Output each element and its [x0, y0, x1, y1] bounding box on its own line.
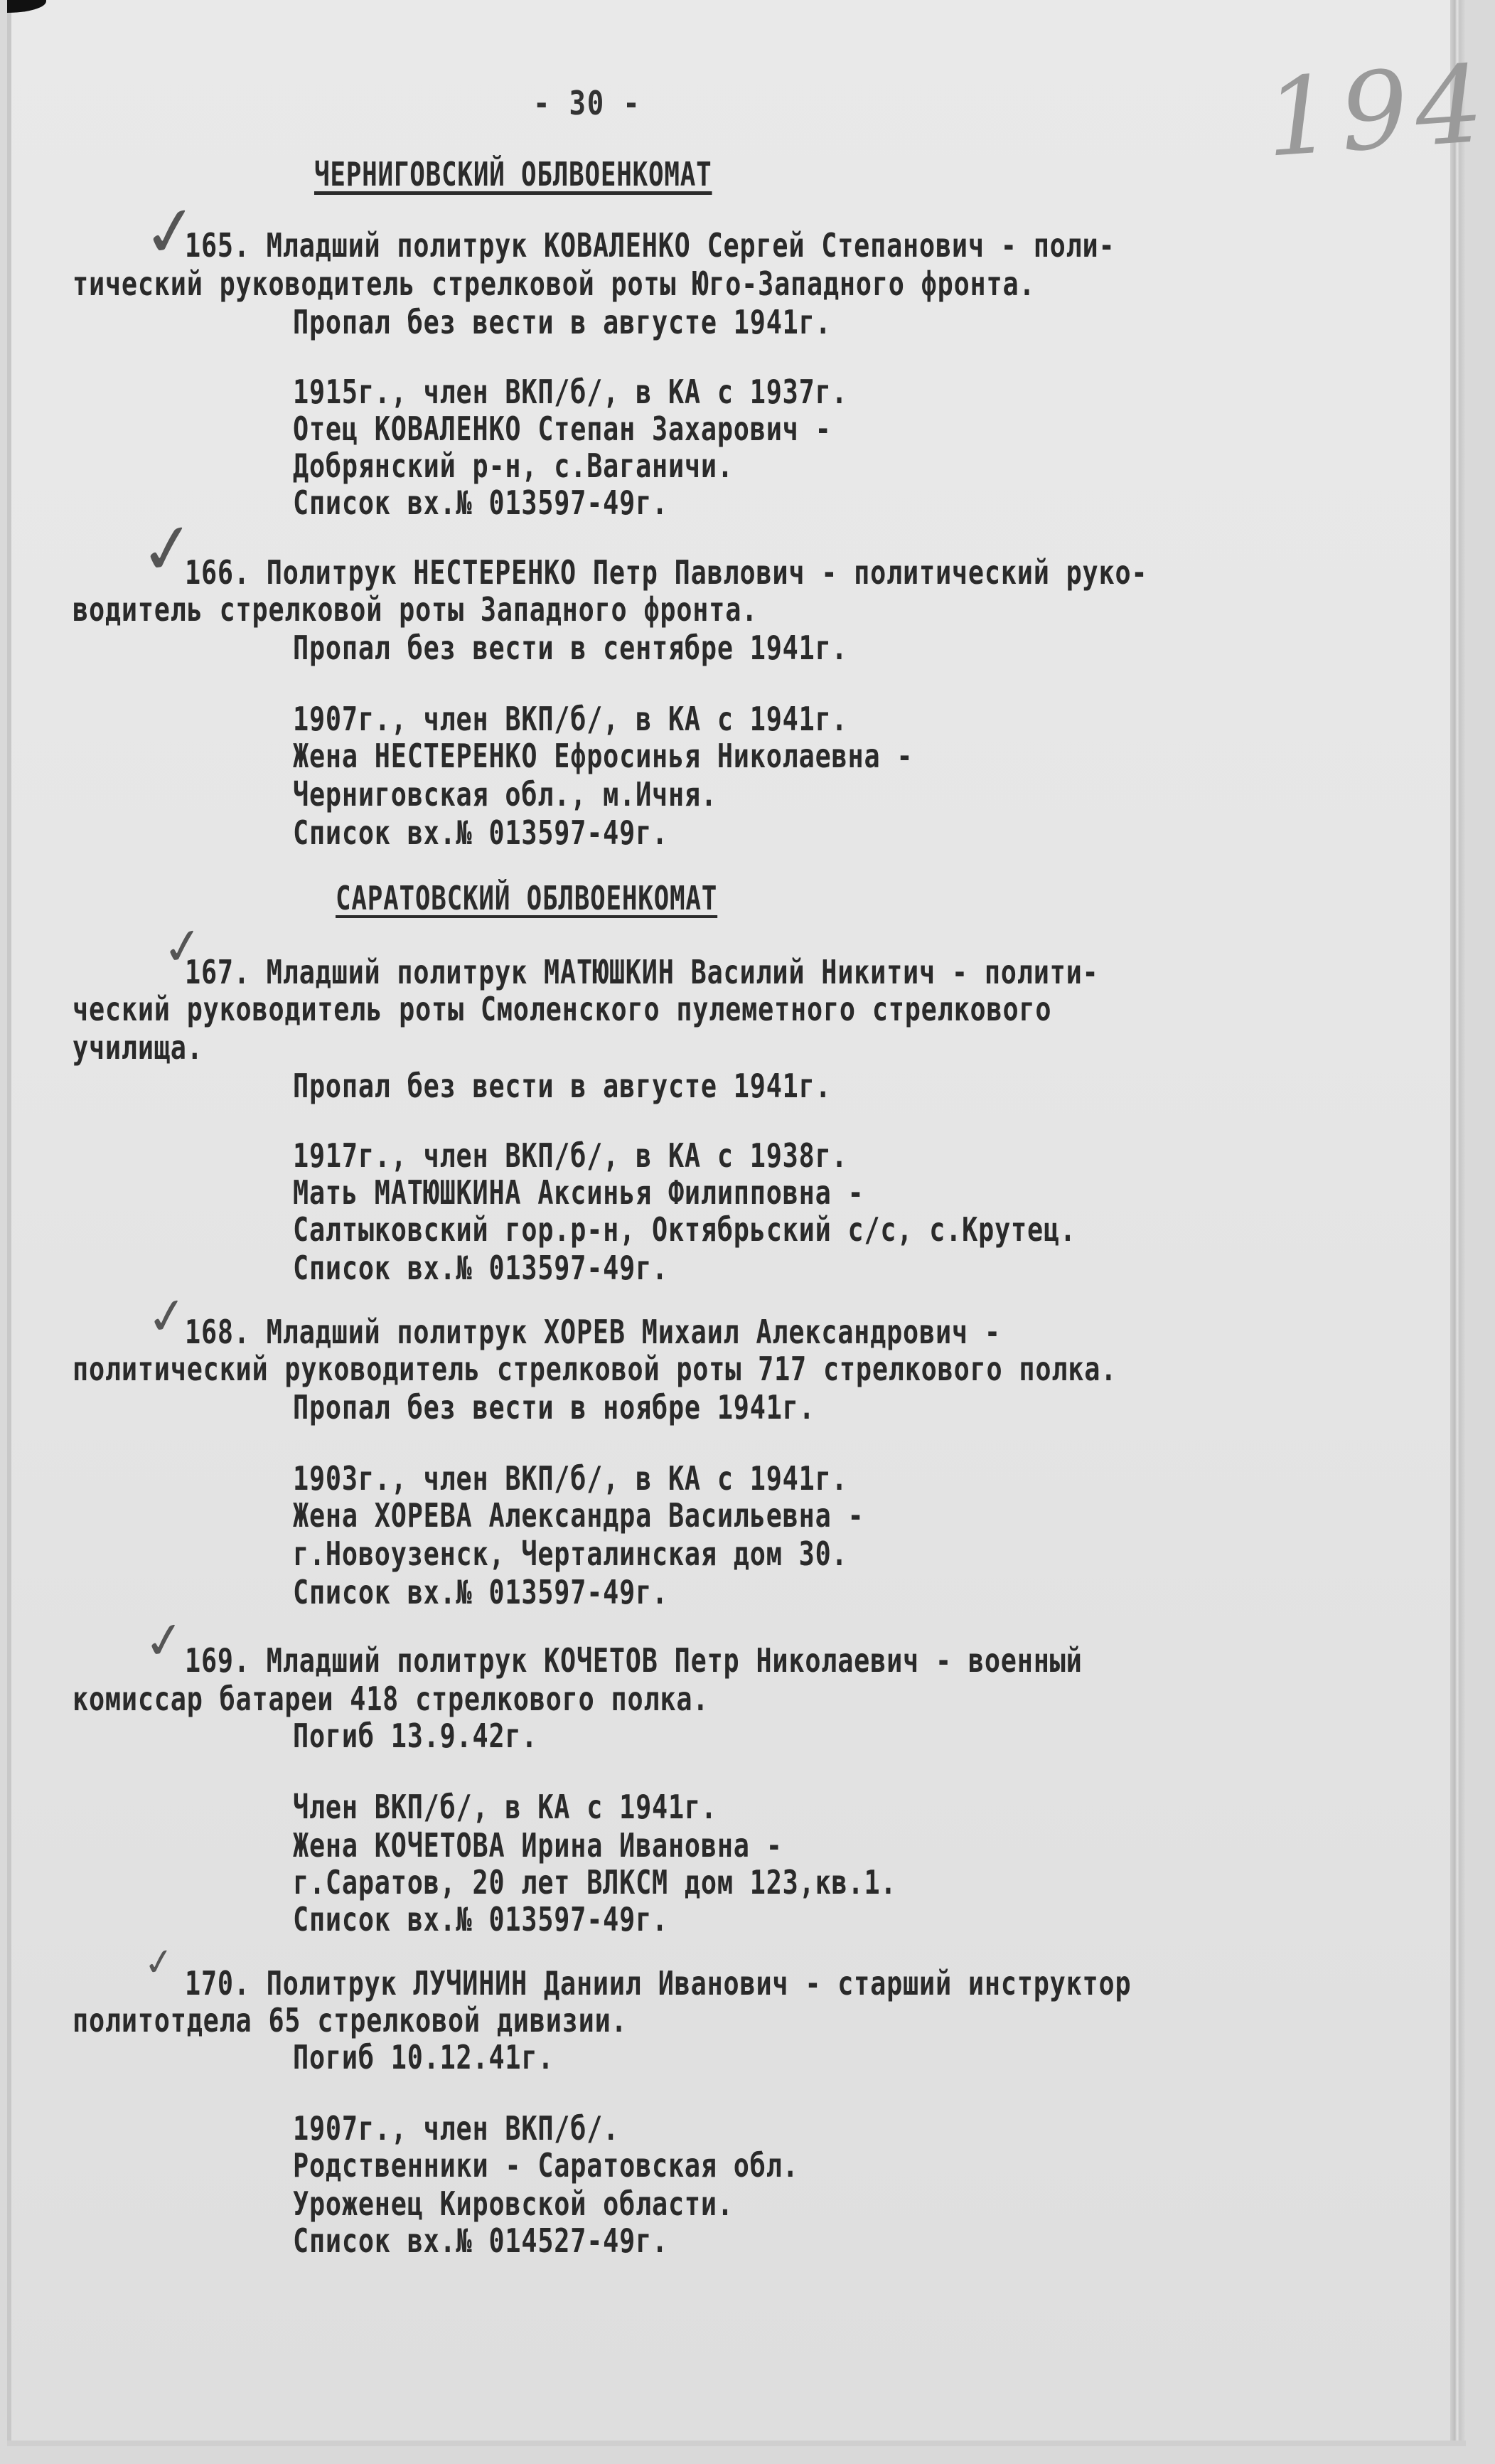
- entry-165-line-2: тический руководитель стрелковой роты Юг…: [73, 265, 1035, 303]
- entry-167-line-2: ческий руководитель роты Смоленского пул…: [73, 990, 1051, 1028]
- entry-165-fate: Пропал без вести в августе 1941г.: [293, 303, 832, 341]
- entry-170-line-2: политотдела 65 стрелковой дивизии.: [73, 2001, 627, 2039]
- entry-167-fate: Пропал без вести в августе 1941г.: [293, 1067, 832, 1105]
- entry-169-fate: Погиб 13.9.42г.: [293, 1717, 537, 1755]
- entry-166-detail: Жена НЕСТЕРЕНКО Ефросинья Николаевна -: [293, 737, 913, 775]
- entry-170-detail: Уроженец Кировской области.: [293, 2185, 734, 2223]
- entry-168-detail: г.Новоузенск, Черталинская дом 30.: [293, 1535, 847, 1573]
- entry-167-detail: Салтыковский гор.р-н, Октябрьский с/с, с…: [293, 1210, 1076, 1249]
- entry-number: 166.: [185, 553, 250, 592]
- entry-168-detail: 1903г., член ВКП/б/, в КА с 1941г.: [293, 1459, 847, 1498]
- entry-number: 165.: [185, 226, 250, 265]
- entry-166-detail: 1907г., член ВКП/б/, в КА с 1941г.: [293, 700, 847, 738]
- entry-167-detail: 1917г., член ВКП/б/, в КА с 1938г.: [293, 1136, 847, 1175]
- entry-166-fate: Пропал без вести в сентябре 1941г.: [293, 629, 847, 667]
- entry-170-line-1: 170. Политрук ЛУЧИНИН Даниил Иванович - …: [185, 1964, 1131, 2002]
- entry-170-detail: Родственники - Саратовская обл.: [293, 2146, 799, 2185]
- page-edge: [1450, 0, 1466, 2446]
- entry-168-line-2: политический руководитель стрелковой рот…: [73, 1350, 1117, 1388]
- binding-shadow: [7, 0, 46, 13]
- entry-168-line-1: 168. Младший политрук ХОРЕВ Михаил Алекс…: [185, 1313, 1001, 1351]
- entry-167-line-1: 167. Младший политрук МАТЮШКИН Василий Н…: [185, 953, 1099, 991]
- entry-170-fate: Погиб 10.12.41г.: [293, 2038, 554, 2076]
- typed-page-number: - 30 -: [533, 84, 641, 122]
- check-mark-icon: ✓: [141, 1939, 178, 1985]
- entry-number: 168.: [185, 1313, 250, 1351]
- entry-169-line-2: комиссар батареи 418 стрелкового полка.: [73, 1680, 709, 1718]
- handwritten-sheet-number: 194: [1261, 42, 1494, 181]
- entry-167-line-3: училища.: [73, 1028, 203, 1067]
- entry-170-detail: Список вх.№ 014527-49г.: [293, 2222, 668, 2260]
- section-heading-chernigov: ЧЕРНИГОВСКИЙ ОБЛВОЕНКОМАТ: [314, 155, 712, 193]
- entry-167-detail: Список вх.№ 013597-49г.: [293, 1249, 668, 1287]
- entry-165-detail: 1915г., член ВКП/б/, в КА с 1937г.: [293, 373, 847, 411]
- entry-167-detail: Мать МАТЮШКИНА Аксинья Филипповна -: [293, 1173, 864, 1212]
- document-page: - 30 - 194 ЧЕРНИГОВСКИЙ ОБЛВОЕНКОМАТ ✓ 1…: [7, 0, 1466, 2446]
- entry-168-detail: Жена ХОРЕВА Александра Васильевна -: [293, 1496, 864, 1535]
- entry-168-detail: Список вх.№ 013597-49г.: [293, 1573, 668, 1611]
- entry-166-line-1: 166. Политрук НЕСТЕРЕНКО Петр Павлович -…: [185, 553, 1147, 592]
- entry-169-detail: Жена КОЧЕТОВА Ирина Ивановна -: [293, 1826, 783, 1865]
- entry-165-detail: Список вх.№ 013597-49г.: [293, 484, 668, 522]
- entry-165-detail: Отец КОВАЛЕНКО Степан Захарович -: [293, 410, 832, 448]
- section-heading-saratov: САРАТОВСКИЙ ОБЛВОЕНКОМАТ: [336, 879, 717, 917]
- check-mark-icon: ✓: [140, 1609, 189, 1672]
- entry-166-detail: Список вх.№ 013597-49г.: [293, 814, 668, 852]
- entry-169-detail: Список вх.№ 013597-49г.: [293, 1900, 668, 1938]
- entry-169-line-1: 169. Младший политрук КОЧЕТОВ Петр Никол…: [185, 1641, 1083, 1680]
- entry-165-detail: Добрянский р-н, с.Ваганичи.: [293, 447, 734, 485]
- entry-169-detail: Член ВКП/б/, в КА с 1941г.: [293, 1788, 717, 1826]
- entry-166-line-2: водитель стрелковой роты Западного фронт…: [73, 590, 758, 629]
- entry-166-detail: Черниговская обл., м.Ичня.: [293, 775, 717, 814]
- entry-170-detail: 1907г., член ВКП/б/.: [293, 2109, 619, 2148]
- page-bottom-edge: [7, 2441, 1466, 2446]
- entry-169-detail: г.Саратов, 20 лет ВЛКСМ дом 123,кв.1.: [293, 1863, 896, 1902]
- entry-168-fate: Пропал без вести в ноябре 1941г.: [293, 1388, 815, 1426]
- entry-165-line-1: 165. Младший политрук КОВАЛЕНКО Сергей С…: [185, 226, 1115, 265]
- entry-number: 167.: [185, 953, 250, 991]
- entry-number: 169.: [185, 1641, 250, 1680]
- entry-number: 170.: [185, 1964, 250, 2002]
